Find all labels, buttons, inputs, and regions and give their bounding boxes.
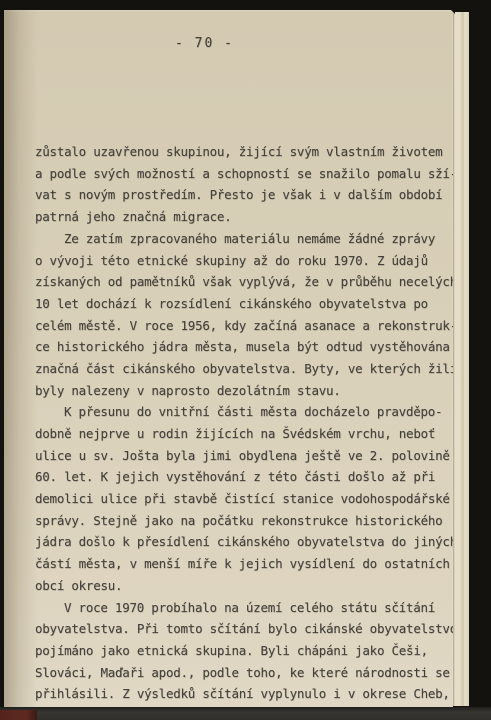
- text-line: vat s novým prostředím. Přesto je však i…: [35, 184, 439, 206]
- text-line: obyvatelstva. Při tomto sčítání bylo cik…: [35, 618, 439, 640]
- text-line: a podle svých možností a schopností se s…: [35, 163, 439, 185]
- text-line: jádra došlo k přesídlení cikánského obyv…: [35, 531, 439, 553]
- page-content: - 70 - zůstalo uzavřenou skupinou, žijíc…: [35, 36, 439, 698]
- page-text: zůstalo uzavřenou skupinou, žijící svým …: [35, 76, 439, 720]
- text-line: patrná jeho značná migrace.: [35, 206, 439, 228]
- page-number: - 70 -: [175, 36, 439, 52]
- scan-background: - 70 - zůstalo uzavřenou skupinou, žijíc…: [0, 0, 491, 720]
- text-line: demolici ulice při stavbě čistící stanic…: [35, 488, 439, 510]
- text-line: o vývoji této etnické skupiny až do roku…: [35, 250, 439, 272]
- text-line: obcí okresu.: [35, 575, 439, 597]
- page-edge-stack: [453, 12, 469, 706]
- text-line: pojímáno jako etnická skupina. Byli cháp…: [35, 640, 439, 662]
- paragraph: Ze zatím zpracovaného materiálu nemáme ž…: [35, 228, 439, 402]
- text-line: ulice u sv. Jošta byla jimi obydlena ješ…: [35, 445, 439, 467]
- text-line: byly nalezeny v naprosto dezolátním stav…: [35, 380, 439, 402]
- text-line: částí města, v menší míře k jejich vysíd…: [35, 553, 439, 575]
- paragraph: K přesunu do vnitřní části města docháze…: [35, 401, 439, 596]
- paragraph: V roce 1970 probíhalo na území celého st…: [35, 597, 439, 720]
- text-line: ce historického jádra města, musela být …: [35, 336, 439, 358]
- text-line: dobně nejprve u rodin žijících na Švédsk…: [35, 423, 439, 445]
- text-line: zůstalo uzavřenou skupinou, žijící svým …: [35, 141, 439, 163]
- text-line: získaných od pamětníků však vyplývá, že …: [35, 271, 439, 293]
- text-line: Slováci, Maďaři apod., podle toho, ke kt…: [35, 662, 439, 684]
- text-line: 60. let. K jejich vystěhování z této čás…: [35, 466, 439, 488]
- book-page: - 70 - zůstalo uzavřenou skupinou, žijíc…: [4, 10, 453, 708]
- text-line: 10 let dochází k rozsídlení cikánského o…: [35, 293, 439, 315]
- book-cover-corner: [0, 710, 37, 720]
- text-line: značná část cikánského obyvatelstva. Byt…: [35, 358, 439, 380]
- text-line: správy. Stejně jako na počátku rekonstru…: [35, 510, 439, 532]
- spine-shadow: [4, 10, 38, 708]
- page-corner-cut: [441, 0, 455, 14]
- paragraph: zůstalo uzavřenou skupinou, žijící svým …: [35, 141, 439, 228]
- text-line: přihlásili. Z výsledků sčítání vyplynulo…: [35, 683, 439, 705]
- scan-bottom-shelf: [0, 707, 491, 720]
- text-line: celém městě. V roce 1956, kdy začíná asa…: [35, 315, 439, 337]
- text-line: Ze zatím zpracovaného materiálu nemáme ž…: [35, 228, 439, 250]
- text-line: V roce 1970 probíhalo na území celého st…: [35, 597, 439, 619]
- text-line: K přesunu do vnitřní části města docháze…: [35, 401, 439, 423]
